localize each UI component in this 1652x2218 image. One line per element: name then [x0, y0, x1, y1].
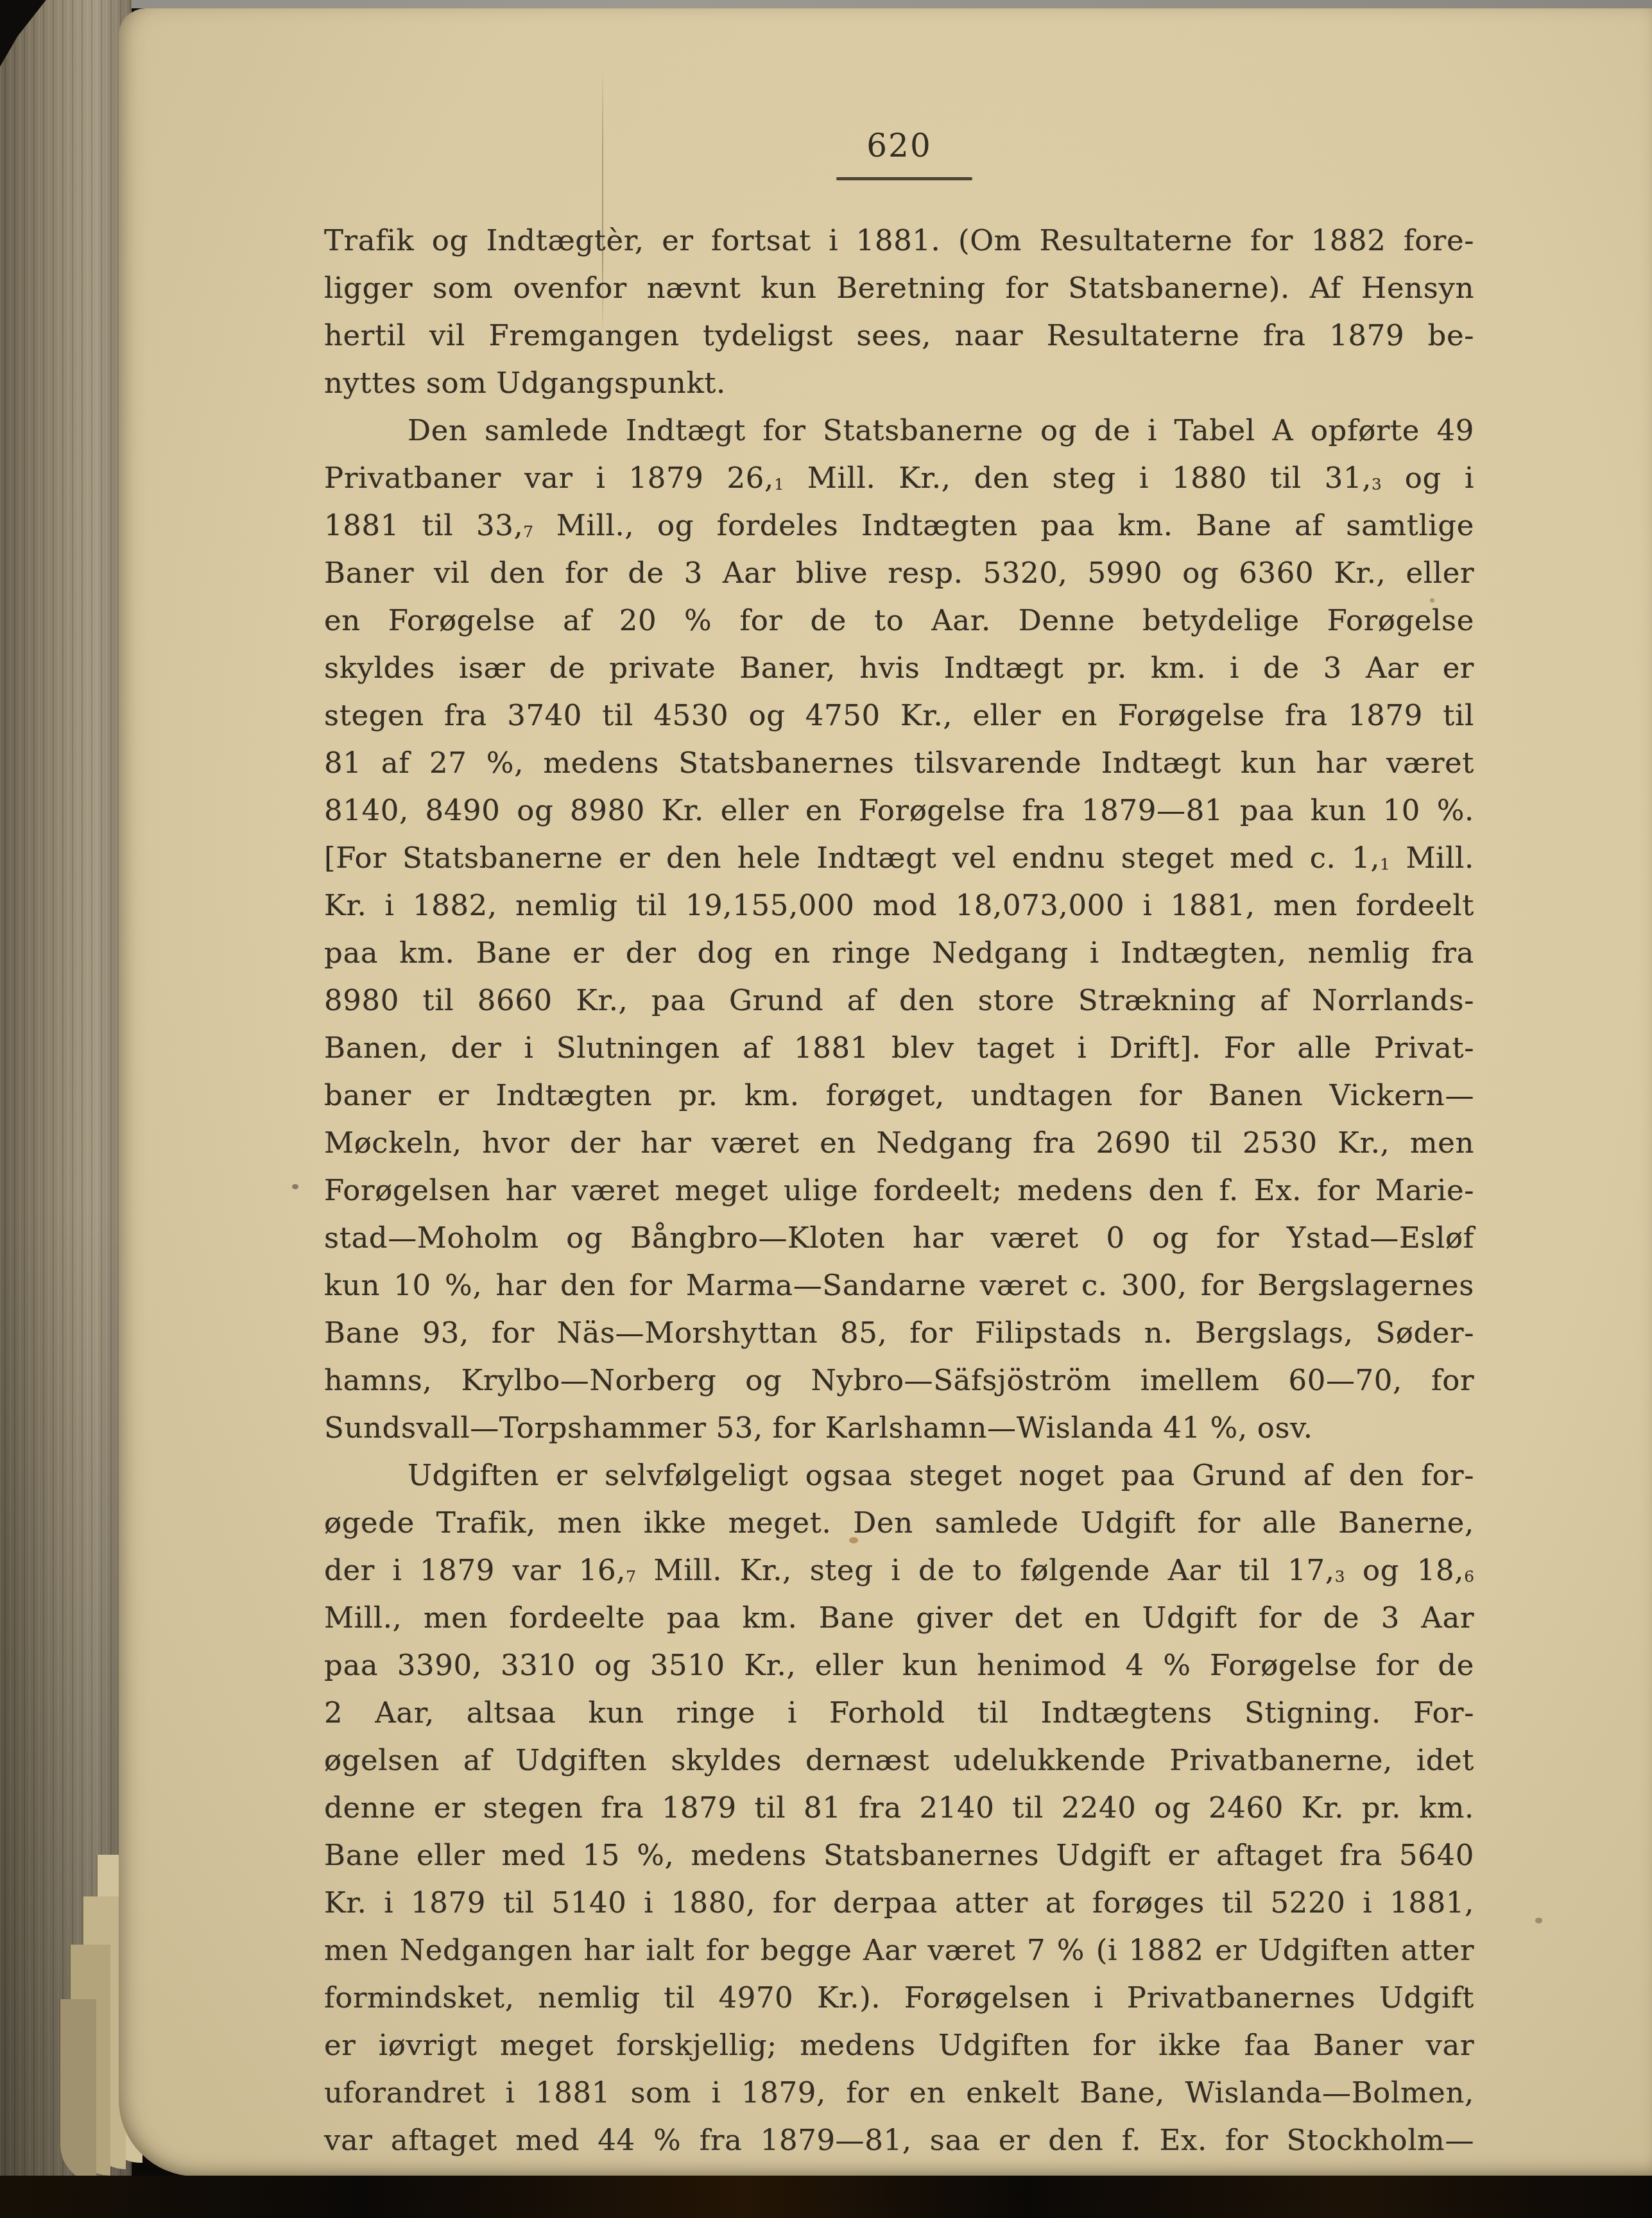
text-line: en Forøgelse af 20 % for de to Aar. Denn…: [324, 597, 1474, 644]
text-line: 8140, 8490 og 8980 Kr. eller en Forøgels…: [324, 787, 1474, 834]
text-line: paa 3390, 3310 og 3510 Kr., eller kun he…: [324, 1642, 1474, 1689]
text-line: baner er Indtægten pr. km. forøget, undt…: [324, 1072, 1474, 1119]
scanned-book-photo: { "scan": { "page_number": "620", "parag…: [0, 0, 1652, 2218]
text-line: uforandret i 1881 som i 1879, for en enk…: [324, 2069, 1474, 2117]
text-line: 8980 til 8660 Kr., paa Grund af den stor…: [324, 977, 1474, 1024]
text-line: stegen fra 3740 til 4530 og 4750 Kr., el…: [324, 692, 1474, 739]
page-number-rule: [836, 177, 972, 180]
ink-speck: [292, 1184, 298, 1189]
text-line: 1881 til 33,7 Mill., og fordeles Indtægt…: [324, 502, 1474, 549]
text-line: skyldes især de private Baner, hvis Indt…: [324, 644, 1474, 692]
text-line: Forøgelsen har været meget ulige fordeel…: [324, 1167, 1474, 1214]
text-line: Baner vil den for de 3 Aar blive resp. 5…: [324, 549, 1474, 597]
text-line: hamns, Krylbo—Norberg og Nybro—Säfsjöstr…: [324, 1357, 1474, 1404]
text-line: er iøvrigt meget forskjellig; medens Udg…: [324, 2022, 1474, 2069]
text-line: denne er stegen fra 1879 til 81 fra 2140…: [324, 1784, 1474, 1832]
text-line: Den samlede Indtægt for Statsbanerne og …: [324, 407, 1474, 454]
text-line: kun 10 %, har den for Marma—Sandarne vær…: [324, 1262, 1474, 1309]
text-line: formindsket, nemlig til 4970 Kr.). Forøg…: [324, 1974, 1474, 2022]
page-text: Trafik og Indtægtèr, er fortsat i 1881. …: [324, 217, 1474, 2164]
scan-edge-top: [0, 0, 1652, 8]
ink-speck: [1430, 598, 1434, 603]
text-line: Banen, der i Slutningen af 1881 blev tag…: [324, 1024, 1474, 1072]
text-line: 81 af 27 %, medens Statsbanernes tilsvar…: [324, 739, 1474, 787]
text-line: ligger som ovenfor nævnt kun Beretning f…: [324, 264, 1474, 312]
text-line: 2 Aar, altsaa kun ringe i Forhold til In…: [324, 1689, 1474, 1737]
text-line: Bane eller med 15 %, medens Statsbanerne…: [324, 1832, 1474, 1879]
scan-edge-bottom: [0, 2176, 1652, 2218]
text-line: Møckeln, hvor der har været en Nedgang f…: [324, 1119, 1474, 1167]
text-line: men Nedgangen har ialt for begge Aar vær…: [324, 1927, 1474, 1974]
text-line: Sundsvall—Torpshammer 53, for Karlshamn—…: [324, 1404, 1474, 1452]
page-number: 620: [324, 127, 1474, 164]
text-line: nyttes som Udgangspunkt.: [324, 359, 1474, 407]
ink-speck: [1535, 1918, 1542, 1923]
text-line: øgede Trafik, men ikke meget. Den samled…: [324, 1499, 1474, 1547]
text-line: Privatbaner var i 1879 26,1 Mill. Kr., d…: [324, 454, 1474, 502]
text-line: stad—Moholm og Bångbro—Kloten har været …: [324, 1214, 1474, 1262]
text-line: [For Statsbanerne er den hele Indtægt ve…: [324, 834, 1474, 882]
text-line: der i 1879 var 16,7 Mill. Kr., steg i de…: [324, 1547, 1474, 1594]
text-line: var aftaget med 44 % fra 1879—81, saa er…: [324, 2117, 1474, 2164]
text-line: Udgiften er selvfølgeligt ogsaa steget n…: [324, 1452, 1474, 1499]
text-line: Trafik og Indtægtèr, er fortsat i 1881. …: [324, 217, 1474, 264]
text-line: Bane 93, for Näs—Morshyttan 85, for Fili…: [324, 1309, 1474, 1357]
text-line: Kr. i 1879 til 5140 i 1880, for derpaa a…: [324, 1879, 1474, 1927]
text-line: øgelsen af Udgiften skyldes dernæst udel…: [324, 1737, 1474, 1784]
text-line: Mill., men fordeelte paa km. Bane giver …: [324, 1594, 1474, 1642]
text-line: Kr. i 1882, nemlig til 19,155,000 mod 18…: [324, 882, 1474, 929]
text-line: hertil vil Fremgangen tydeligst sees, na…: [324, 312, 1474, 359]
text-line: paa km. Bane er der dog en ringe Nedgang…: [324, 929, 1474, 977]
ink-speck: [849, 1537, 858, 1543]
stacked-page-corner: [59, 1999, 96, 2182]
